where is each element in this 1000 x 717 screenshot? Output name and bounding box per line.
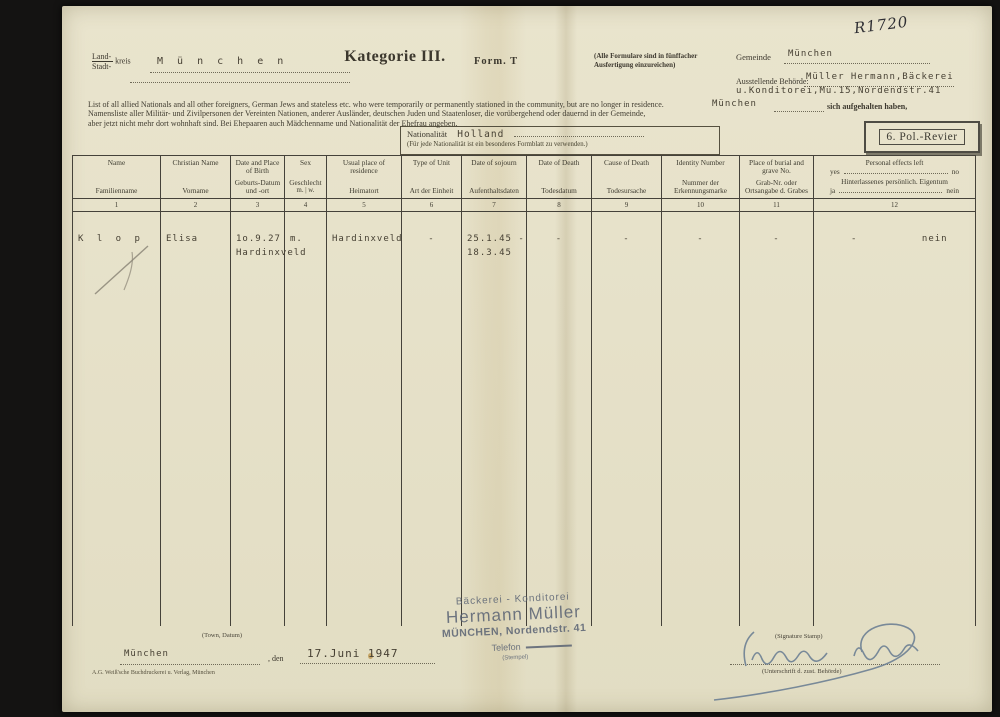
handwritten-archive-number: R1720 — [853, 13, 909, 38]
col-header-en: Identity Number — [664, 159, 737, 167]
nationality-label: Nationalität — [407, 129, 447, 139]
col-header-en: Personal effects left — [816, 159, 973, 167]
cell-effects-no: nein — [895, 232, 976, 626]
nationality-value: Holland — [449, 129, 512, 140]
column-residence: Usual place of residence Heimatort 5 Har… — [327, 156, 402, 626]
kreis-land-label: Land- — [92, 52, 113, 62]
col-header-yes: yes — [830, 168, 840, 176]
col-header-de: Geburts-Datum und -ort — [233, 179, 282, 195]
col-number: 1 — [73, 198, 160, 212]
cell-birth-place: Hardinxveld — [236, 246, 284, 260]
column-unit: Type of Unit Art der Einheit 6 - — [402, 156, 462, 626]
cell-sex: m. — [290, 232, 326, 246]
cell-unit: - — [402, 232, 461, 246]
form-number: Form. T — [474, 56, 518, 67]
col-header-en: Date and Place of Birth — [233, 159, 282, 175]
nationality-box: Nationalität Holland (Für jede Nationali… — [400, 126, 720, 155]
cell-death-cause: - — [592, 232, 661, 246]
col-header-en: Name — [75, 159, 158, 167]
dotted-rule — [130, 82, 350, 83]
column-personal-effects: Personal effects left yesno Hinterlassen… — [814, 156, 976, 626]
col-header-en: Usual place of residence — [329, 159, 399, 175]
column-death-date: Date of Death Todesdatum 8 - — [527, 156, 592, 626]
col-header-en: Type of Unit — [404, 159, 459, 167]
column-sex: Sex Geschlecht m. | w. 4 m. — [285, 156, 327, 626]
col-header-sub: m. | w. — [287, 187, 324, 195]
persons-table: Name Familienname 1 K l o p Christian Na… — [72, 155, 976, 626]
business-stamp: Bäckerei - Konditorei Hermann Müller MÜN… — [413, 590, 616, 666]
cell-christian-name: Elisa — [166, 232, 230, 246]
kreis-stadt-label: Stadt- — [92, 62, 111, 71]
cell-identity-number: - — [662, 232, 739, 246]
business-stamp-line4: Telefon — [491, 641, 538, 653]
col-number: 12 — [814, 198, 975, 212]
col-header-de: Todesursache — [594, 187, 659, 195]
behoerde-label: Ausstellende Behörde: — [736, 77, 809, 86]
behoerde-value-line1: Müller Hermann,Bäckerei — [806, 72, 954, 82]
dotted-rule — [784, 63, 930, 64]
column-identity-number: Identity Number Nummer der Erkennungsmar… — [662, 156, 740, 626]
place-value: München — [124, 649, 169, 659]
cell-residence: Hardinxveld — [332, 232, 401, 246]
scanned-document-page: R1720 Land- Stadt- kreis M ü n c h e n K… — [0, 0, 1000, 717]
nationality-note: (Für jede Nationalität ist ein besondere… — [407, 141, 713, 148]
col-number: 4 — [285, 198, 326, 212]
strikethrough-mark — [526, 645, 572, 649]
police-district-stamp-text: 6. Pol.-Revier — [879, 129, 964, 145]
signature-line — [730, 664, 940, 665]
col-header-de: Grab-Nr. oder Ortsangabe d. Grabes — [742, 179, 811, 195]
col-number: 9 — [592, 198, 661, 212]
col-header-en: Date of Death — [529, 159, 589, 167]
dotted-rule — [150, 72, 350, 73]
col-header-nein: nein — [946, 187, 959, 195]
col-header-de: Geschlecht — [287, 179, 324, 187]
signature-sublabel: (Unterschrift d. zust. Behörde) — [762, 668, 842, 675]
cell-name: K l o p — [78, 232, 160, 246]
col-header-de: Vorname — [163, 187, 228, 195]
kreis-suffix-label: kreis — [115, 56, 131, 65]
col-header-en: Sex — [287, 159, 324, 167]
signature-label: (Signature Stamp) — [775, 633, 822, 640]
form-sheet: R1720 Land- Stadt- kreis M ü n c h e n K… — [62, 6, 992, 712]
col-header-en: Date of sojourn — [464, 159, 524, 167]
col-header-de: Nummer der Erkennungsmarke — [664, 179, 737, 195]
col-number: 3 — [231, 198, 284, 212]
stayed-suffix-label: sich aufgehalten haben, — [827, 102, 907, 111]
intro-line-de1: Namensliste aller Militär- und Zivilpers… — [88, 109, 645, 118]
col-number: 7 — [462, 198, 526, 212]
col-header-de: Heimatort — [329, 187, 399, 195]
dotted-rule — [514, 136, 644, 137]
col-number: 10 — [662, 198, 739, 212]
col-header-ja: ja — [830, 187, 835, 195]
col-header-de: Art der Einheit — [404, 187, 459, 195]
cell-birth-date: 1o.9.27 — [236, 232, 284, 246]
gemeinde-value: München — [788, 49, 833, 59]
kreis-value: M ü n c h e n — [157, 56, 287, 67]
cell-death-date: - — [527, 232, 591, 246]
cell-sojourn-from: 25.1.45 - — [467, 232, 526, 246]
police-district-stamp: 6. Pol.-Revier — [864, 121, 980, 153]
col-number: 8 — [527, 198, 591, 212]
cell-sojourn-to: 18.3.45 — [467, 246, 526, 260]
copies-note-line1: (Alle Formulare sind in fünffacher — [594, 52, 697, 60]
col-number: 11 — [740, 198, 813, 212]
col-header-en: Cause of Death — [594, 159, 659, 167]
place-date-label: (Town, Datum) — [202, 632, 242, 639]
col-number: 2 — [161, 198, 230, 212]
col-header-de: Hinterlassenes persönlich. Eigentum — [816, 178, 973, 186]
column-burial: Place of burial and grave No. Grab-Nr. o… — [740, 156, 814, 626]
behoerde-value-line2: u.Konditorei,Mü.15,Nordendstr.41 — [736, 86, 941, 96]
col-header-no: no — [952, 168, 959, 176]
col-header-de: Todesdatum — [529, 187, 589, 195]
cell-effects-yes: - — [814, 232, 895, 626]
column-birth: Date and Place of Birth Geburts-Datum un… — [231, 156, 285, 626]
col-number: 5 — [327, 198, 401, 212]
col-header-en: Christian Name — [163, 159, 228, 167]
business-stamp-line5: (Stempel) — [415, 651, 615, 666]
intro-line-en: List of all allied Nationals and all oth… — [88, 100, 664, 109]
printer-imprint: A.G. Weiß'sche Buchdruckerei u. Verlag, … — [92, 670, 215, 676]
column-sojourn: Date of sojourn Aufenthaltsdaten 7 25.1.… — [462, 156, 527, 626]
intro-paragraph: List of all allied Nationals and all oth… — [88, 100, 838, 128]
col-header-en: Place of burial and grave No. — [742, 159, 811, 175]
form-title: Kategorie III. — [300, 48, 490, 66]
gemeinde-label: Gemeinde — [736, 52, 771, 62]
copies-note-line2: Ausfertigung einzureichen) — [594, 61, 675, 69]
col-header-de: Familienname — [75, 187, 158, 195]
column-name: Name Familienname 1 K l o p — [73, 156, 161, 626]
kreis-label: Land- Stadt- kreis — [92, 52, 131, 71]
column-christian-name: Christian Name Vorname 2 Elisa — [161, 156, 231, 626]
dotted-rule — [120, 664, 260, 665]
column-death-cause: Cause of Death Todesursache 9 - — [592, 156, 662, 626]
den-label: , den — [268, 654, 284, 663]
col-header-de: Aufenthaltsdaten — [464, 187, 524, 195]
cell-burial-place: - — [740, 232, 813, 246]
col-number: 6 — [402, 198, 461, 212]
date-value: 17.Juni 1947 — [307, 647, 398, 660]
